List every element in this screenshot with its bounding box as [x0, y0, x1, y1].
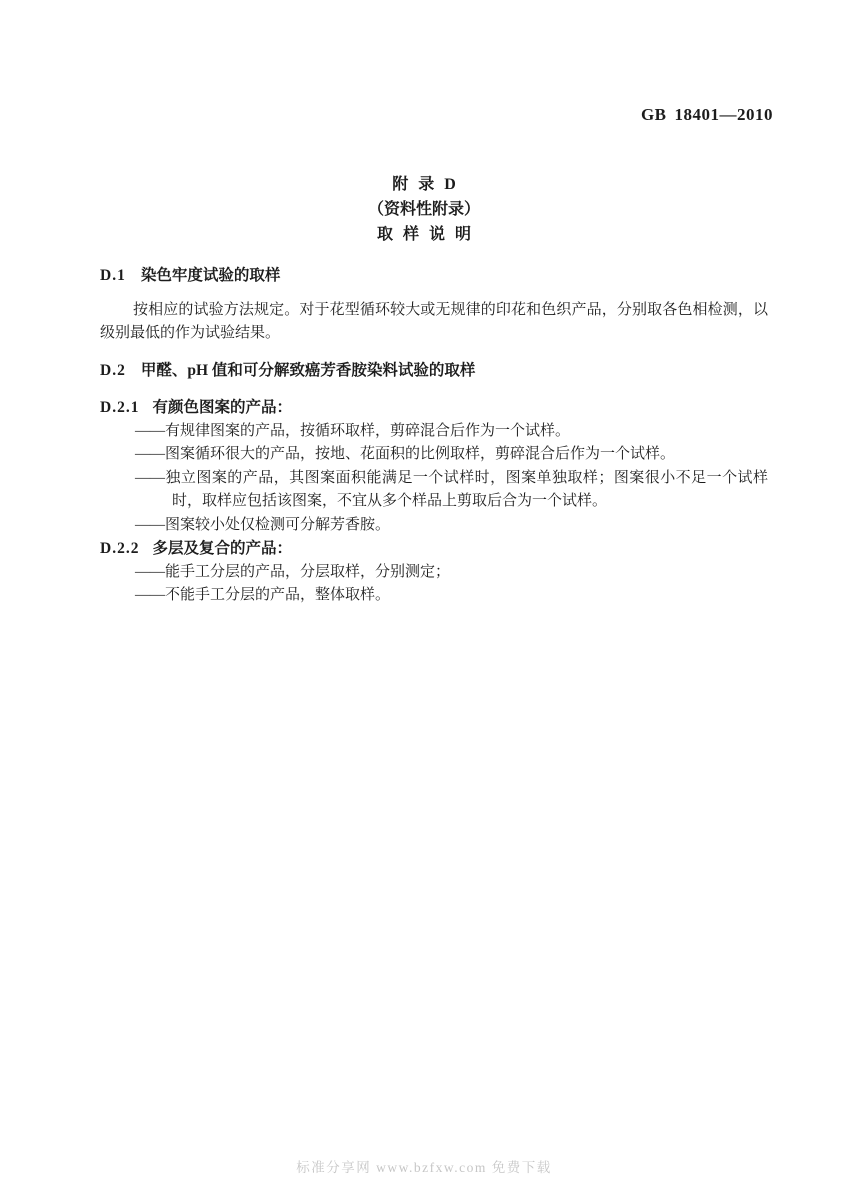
- appendix-type: （资料性附录）: [0, 197, 848, 222]
- appendix-title: 附 录 D: [0, 172, 848, 197]
- section-d22-title: 多层及复合的产品：: [152, 540, 292, 557]
- standard-code-prefix: GB: [641, 105, 667, 124]
- section-d2-title: 甲醛、pH 值和可分解致癌芳香胺染料试验的取样: [141, 362, 476, 379]
- section-d22-number: D.2.2: [100, 540, 139, 557]
- list-item: ——独立图案的产品，其图案面积能满足一个试样时，图案单独取样；图案很小不足一个试…: [100, 467, 768, 514]
- section-d1-title: 染色牢度试验的取样: [141, 267, 281, 284]
- section-d21-heading: D.2.1有颜色图案的产品：: [100, 396, 768, 420]
- section-d21-title: 有颜色图案的产品：: [152, 399, 292, 416]
- list-item: ——图案循环很大的产品，按地、花面积的比例取样，剪碎混合后作为一个试样。: [100, 443, 768, 467]
- section-d21-number: D.2.1: [100, 399, 139, 416]
- section-d2-body: D.2.1有颜色图案的产品： ——有规律图案的产品，按循环取样，剪碎混合后作为一…: [100, 396, 768, 608]
- list-item: ——有规律图案的产品，按循环取样，剪碎混合后作为一个试样。: [100, 420, 768, 444]
- section-d1-number: D.1: [100, 267, 126, 284]
- document-page: GB18401—2010 附 录 D （资料性附录） 取 样 说 明 D.1染色…: [0, 0, 848, 1200]
- standard-code-number: 18401—2010: [675, 105, 774, 124]
- section-d2-number: D.2: [100, 362, 126, 379]
- standard-code: GB18401—2010: [641, 105, 773, 125]
- section-d1-paragraph: 按相应的试验方法规定。对于花型循环较大或无规律的印花和色织产品，分别取各色相检测…: [100, 299, 768, 345]
- section-d22-heading: D.2.2多层及复合的产品：: [100, 537, 768, 561]
- section-d2-heading: D.2甲醛、pH 值和可分解致癌芳香胺染料试验的取样: [100, 358, 768, 380]
- list-item: ——不能手工分层的产品，整体取样。: [100, 584, 768, 608]
- section-d1-heading: D.1染色牢度试验的取样: [100, 263, 768, 285]
- list-item: ——能手工分层的产品，分层取样，分别测定；: [100, 561, 768, 585]
- watermark-text: 标准分享网 www.bzfxw.com 免费下载: [0, 1156, 848, 1176]
- appendix-subject: 取 样 说 明: [0, 222, 848, 247]
- list-item: ——图案较小处仅检测可分解芳香胺。: [100, 514, 768, 538]
- appendix-title-block: 附 录 D （资料性附录） 取 样 说 明: [0, 172, 848, 247]
